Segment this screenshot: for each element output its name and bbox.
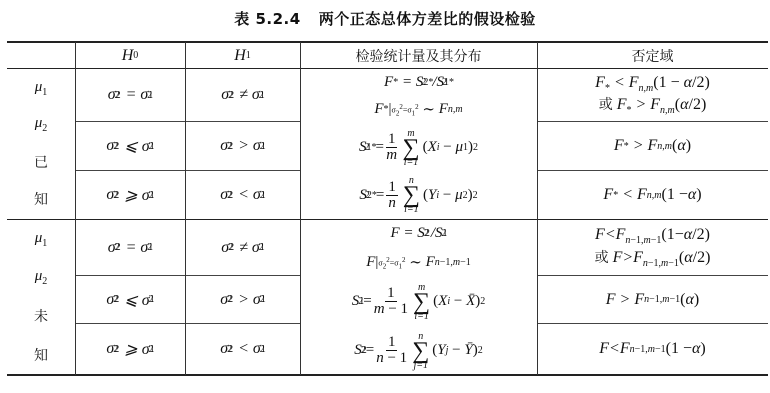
variance-estimator-1: S12=1m − 1m∑i=1(Xi − X̄)2 (352, 283, 485, 321)
variance-estimator-2: S22=1n − 1n∑j=1(Yj − Ȳ)2 (354, 332, 482, 370)
header-h0: H0 (75, 43, 185, 68)
h1-cell: σ22 ≠ σ12 (185, 220, 300, 275)
mu2-label: μ2 (35, 115, 48, 134)
unknown-char-1: 未 (34, 306, 48, 326)
condition-unknown: μ1 μ2 未 知 (7, 221, 75, 374)
h1-cell: σ22 < σ12 (185, 324, 300, 374)
rejection-cell: F* < Fn,m(1 − α) (537, 171, 768, 219)
mu1-label: μ1 (35, 230, 48, 249)
header-rejection-region: 否定域 (537, 43, 768, 68)
statistic-line: F* = S2*2/S1*2 (384, 74, 453, 91)
h0-cell: σ22 ⩽ σ12 (75, 276, 185, 323)
header-h1: H1 (185, 43, 300, 68)
h0-cell: σ22 ⩾ σ12 (75, 171, 185, 219)
h0-cell: σ22 ⩾ σ12 (75, 324, 185, 374)
distribution-line: F*|σ22=σ12 ∼ Fn,m (374, 100, 462, 119)
table-caption: 两个正态总体方差比的假设检验 (319, 10, 536, 28)
rejection-cell: F* < Fn,m(1 − α/2) 或 F* > Fn,m(α/2) (537, 69, 768, 121)
mu1-label: μ1 (35, 79, 48, 98)
distribution-line: F|σ22=σ12 ∼ Fn−1,m−1 (366, 253, 471, 272)
header-statistic: 检验统计量及其分布 (300, 43, 537, 68)
rejection-cell: F<Fn−1,m−1(1 − α) (537, 324, 768, 374)
known-char-2: 知 (34, 189, 48, 209)
variance-estimator-1: S1*2=1mm∑i=1(Xi − μ1)2 (359, 129, 478, 167)
h1-cell: σ22 > σ12 (185, 276, 300, 323)
rejection-cell: F > Fn−1,m−1(α) (537, 276, 768, 323)
h0-cell: σ22 = σ12 (75, 220, 185, 275)
h1-cell: σ22 > σ12 (185, 122, 300, 170)
statistic-cell-known: F* = S2*2/S1*2 F*|σ22=σ12 ∼ Fn,m S1*2=1m… (300, 69, 537, 219)
mu2-label: μ2 (35, 268, 48, 287)
h0-cell: σ22 ⩽ σ12 (75, 122, 185, 170)
h1-cell: σ22 ≠ σ12 (185, 69, 300, 121)
rejection-cell: F* > Fn,m(α) (537, 122, 768, 170)
statistic-cell-unknown: F = S22/S12 F|σ22=σ12 ∼ Fn−1,m−1 S12=1m … (300, 220, 537, 375)
table-title: 表 5.2.4两个正态总体方差比的假设检验 (0, 8, 770, 29)
variance-estimator-2: S2*2=1nn∑i=1(Yi − μ2)2 (359, 176, 477, 214)
h0-cell: σ22 = σ12 (75, 69, 185, 121)
table-number: 表 5.2.4 (234, 10, 300, 28)
unknown-char-2: 知 (34, 345, 48, 365)
rejection-cell: F<Fn−1,m−1(1−α/2) 或 F>Fn−1,m−1(α/2) (537, 220, 768, 275)
condition-known: μ1 μ2 已 知 (7, 70, 75, 218)
h1-cell: σ22 < σ12 (185, 171, 300, 219)
statistic-line: F = S22/S12 (391, 225, 447, 242)
known-char-1: 已 (34, 152, 48, 172)
